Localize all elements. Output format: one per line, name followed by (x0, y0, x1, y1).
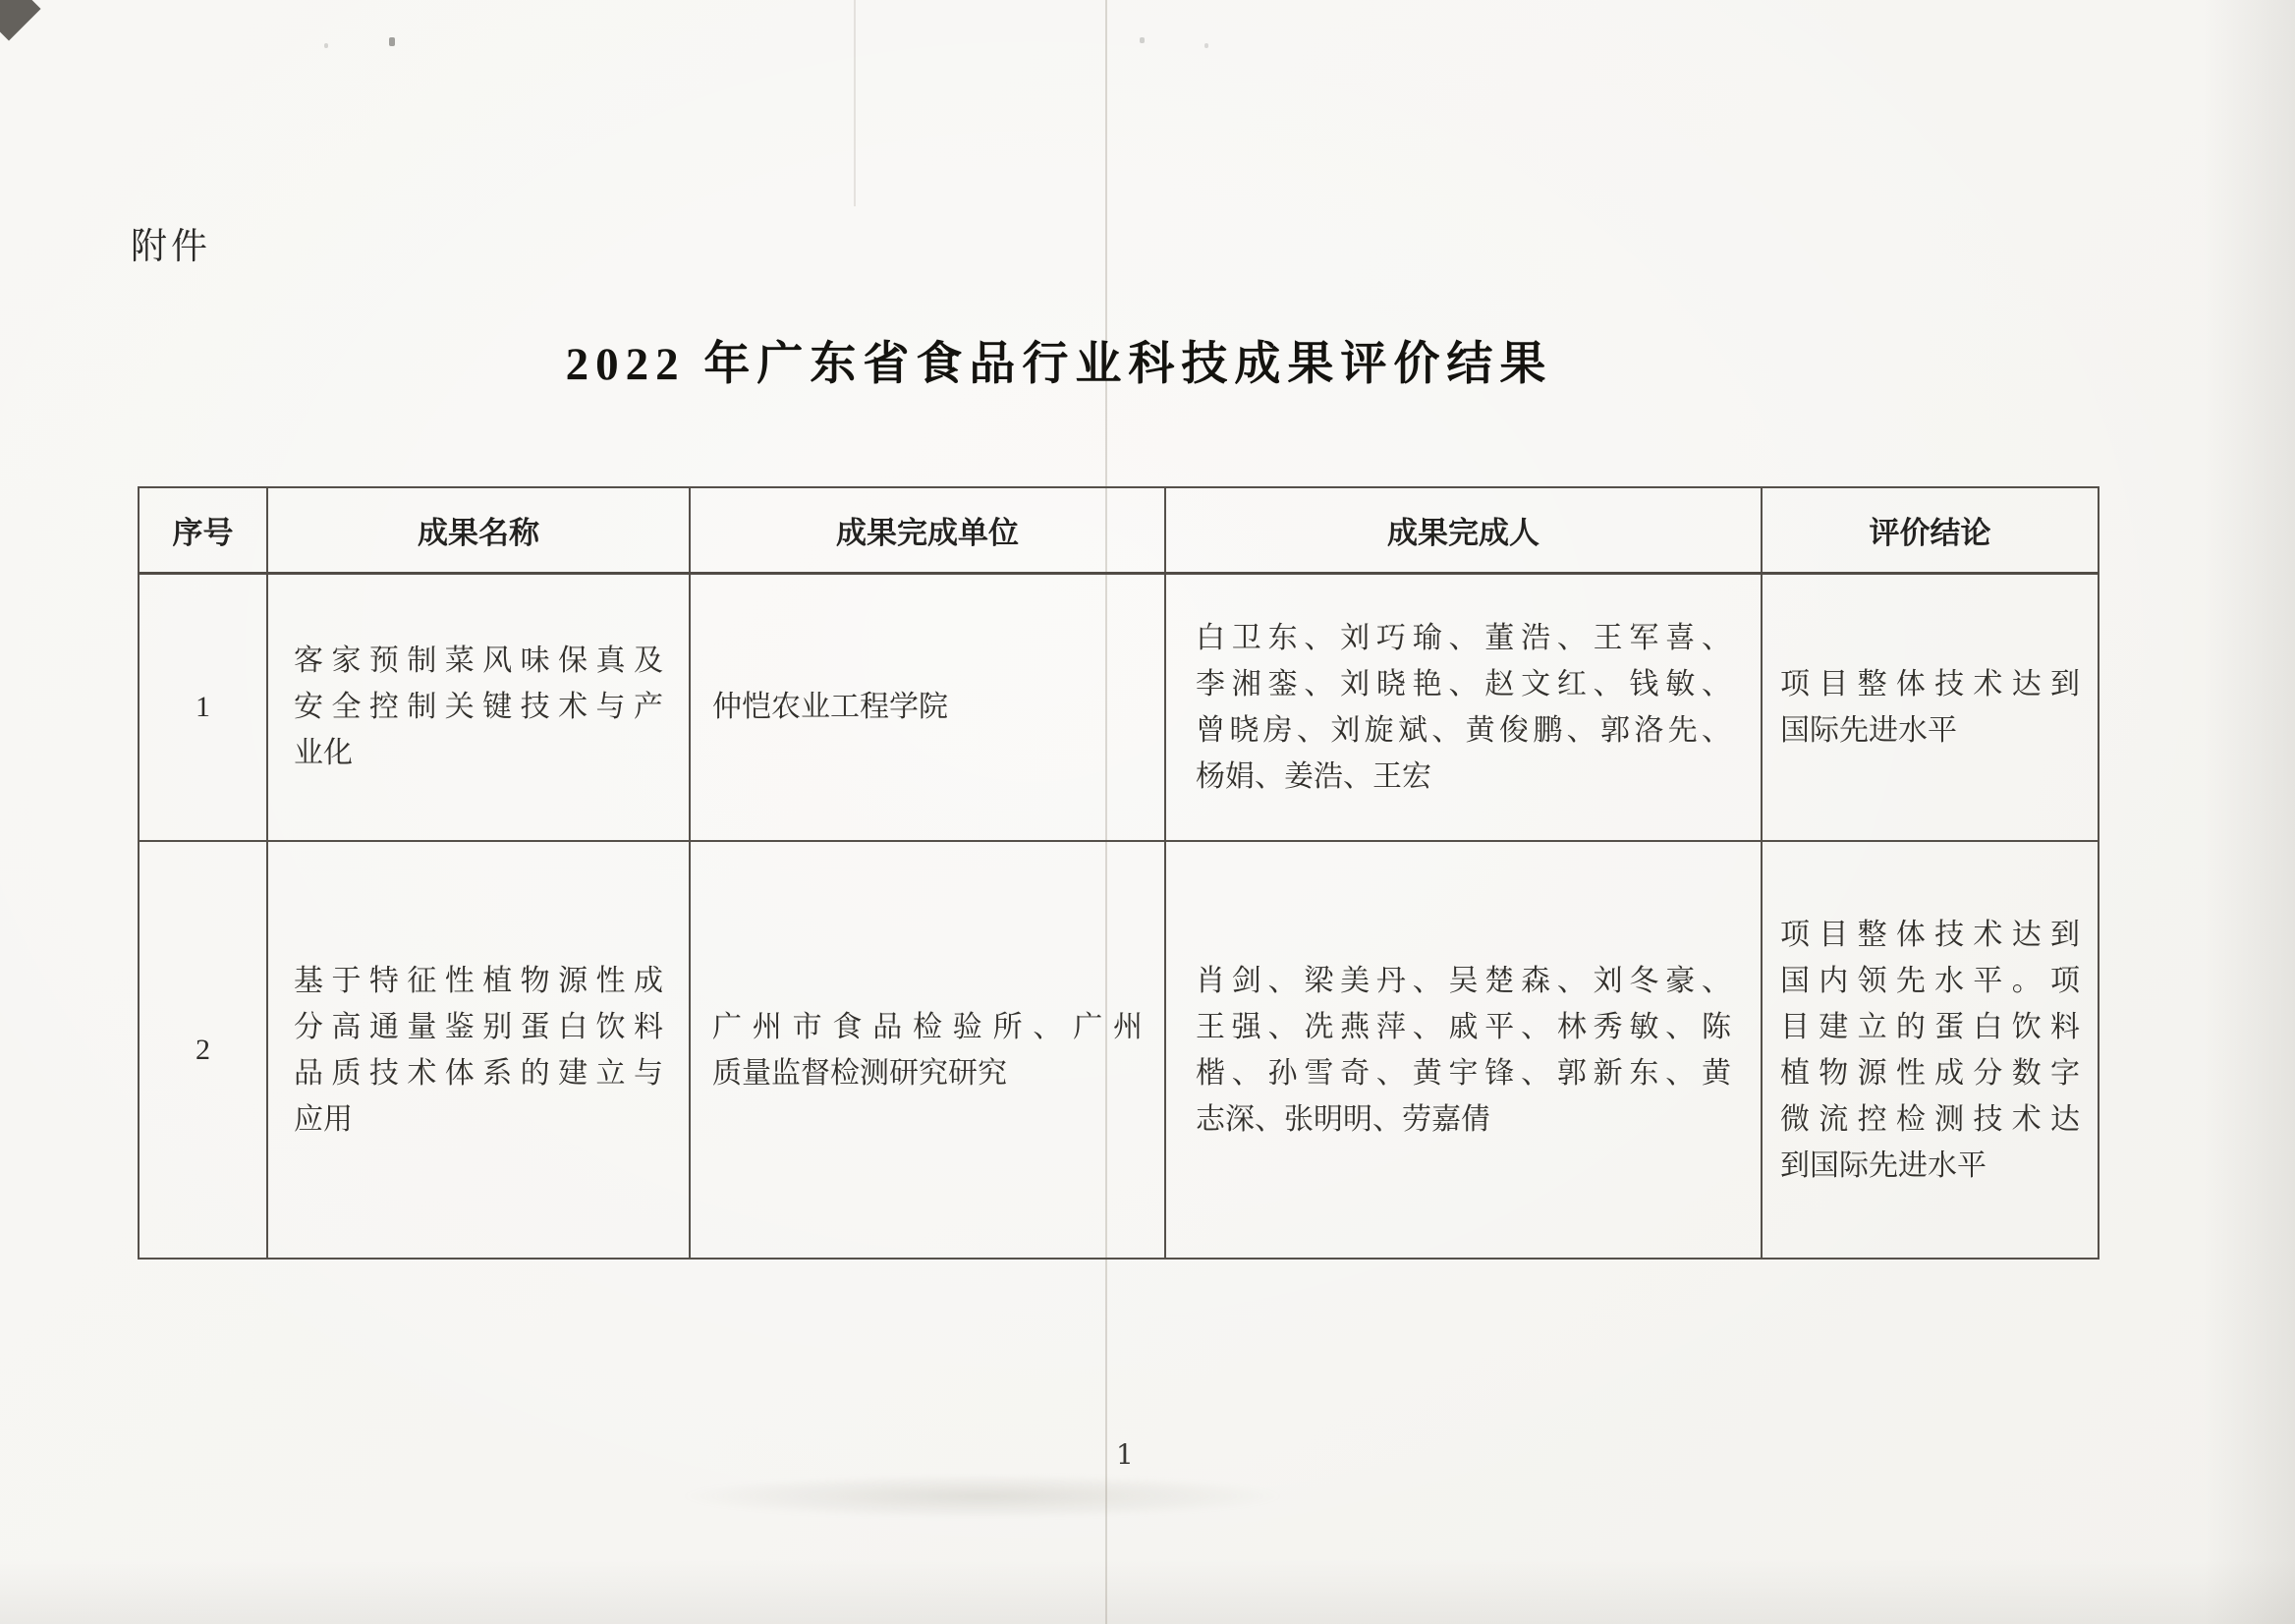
text-line: 肖剑、梁美丹、吴楚森、刘冬豪、 (1196, 958, 1731, 1004)
text-line: 质量监督检测研究研究 (712, 1050, 1143, 1096)
scan-artifact-speck (324, 43, 328, 48)
column-header-conclusion: 评价结论 (1762, 487, 2099, 573)
text-line: 志深、张明明、劳嘉倩 (1196, 1096, 1731, 1143)
text-line: 安全控制关键技术与产 (294, 684, 663, 730)
scan-artifact-speck (1140, 37, 1145, 43)
cell-index: 2 (139, 841, 267, 1259)
cell-completers: 肖剑、梁美丹、吴楚森、刘冬豪、 王强、冼燕萍、戚平、林秀敏、陈 楷、孙雪奇、黄宇… (1165, 841, 1762, 1259)
text-line: 杨娟、姜浩、王宏 (1196, 754, 1731, 800)
scan-artifact-speck (389, 37, 395, 46)
text-line: 楷、孙雪奇、黄宇锋、郭新东、黄 (1196, 1050, 1731, 1096)
cell-completers: 白卫东、刘巧瑜、董浩、王军喜、 李湘銮、刘晓艳、赵文红、钱敏、 曾晓房、刘旋斌、… (1165, 573, 1762, 841)
text-line: 广州市食品检验所、广州 (712, 1004, 1143, 1050)
text-line: 业化 (294, 730, 663, 776)
text-line: 客家预制菜风味保真及 (294, 638, 663, 684)
results-table: 序号 成果名称 成果完成单位 成果完成人 评价结论 1 客家预制菜风味保真及 安… (138, 486, 2099, 1260)
cell-evaluation-conclusion: 项目整体技术达到 国内领先水平。项 目建立的蛋白饮料 植物源性成分数字 微流控检… (1762, 841, 2099, 1259)
scan-artifact-smudge (678, 1474, 1287, 1519)
text-line: 项目整体技术达到 (1780, 661, 2080, 707)
text-line: 到国际先进水平 (1780, 1143, 2080, 1189)
cell-evaluation-conclusion: 项目整体技术达到 国际先进水平 (1762, 573, 2099, 841)
table-row: 1 客家预制菜风味保真及 安全控制关键技术与产 业化 仲恺农业工程学院 白卫东、… (139, 573, 2099, 841)
text-line: 应用 (294, 1096, 663, 1143)
cell-index: 1 (139, 573, 267, 841)
cell-achievement-name: 客家预制菜风味保真及 安全控制关键技术与产 业化 (267, 573, 690, 841)
text-line: 项目整体技术达到 (1780, 912, 2080, 958)
column-header-index: 序号 (139, 487, 267, 573)
column-header-name: 成果名称 (267, 487, 690, 573)
scan-artifact-corner (0, 0, 41, 41)
text-line: 李湘銮、刘晓艳、赵文红、钱敏、 (1196, 661, 1731, 707)
text-line: 微流控检测技术达 (1780, 1096, 2080, 1143)
column-header-unit: 成果完成单位 (690, 487, 1165, 573)
cell-achievement-name: 基于特征性植物源性成 分高通量鉴别蛋白饮料 品质技术体系的建立与 应用 (267, 841, 690, 1259)
text-line: 曾晓房、刘旋斌、黄俊鹏、郭洛先、 (1196, 707, 1731, 754)
table-row: 2 基于特征性植物源性成 分高通量鉴别蛋白饮料 品质技术体系的建立与 应用 广州… (139, 841, 2099, 1259)
text-line: 国际先进水平 (1780, 707, 2080, 754)
text-line: 王强、冼燕萍、戚平、林秀敏、陈 (1196, 1004, 1731, 1050)
attachment-label: 附件 (131, 216, 211, 269)
cell-completion-unit: 仲恺农业工程学院 (690, 573, 1165, 841)
text-line: 品质技术体系的建立与 (294, 1050, 663, 1096)
text-line: 基于特征性植物源性成 (294, 958, 663, 1004)
scan-fold-line-short (854, 0, 856, 206)
text-line: 分高通量鉴别蛋白饮料 (294, 1004, 663, 1050)
text-line: 目建立的蛋白饮料 (1780, 1004, 2080, 1050)
cell-completion-unit: 广州市食品检验所、广州 质量监督检测研究研究 (690, 841, 1165, 1259)
scan-artifact-speck (1204, 43, 1208, 48)
page-number: 1 (1116, 1438, 1134, 1471)
text-line: 植物源性成分数字 (1780, 1050, 2080, 1096)
text-line: 白卫东、刘巧瑜、董浩、王军喜、 (1196, 615, 1731, 661)
text-line: 国内领先水平。项 (1780, 958, 2080, 1004)
column-header-completers: 成果完成人 (1165, 487, 1762, 573)
text-line: 仲恺农业工程学院 (712, 684, 1143, 730)
page-title: 2022 年广东省食品行业科技成果评价结果 (0, 327, 2295, 393)
table-header-row: 序号 成果名称 成果完成单位 成果完成人 评价结论 (139, 487, 2099, 573)
